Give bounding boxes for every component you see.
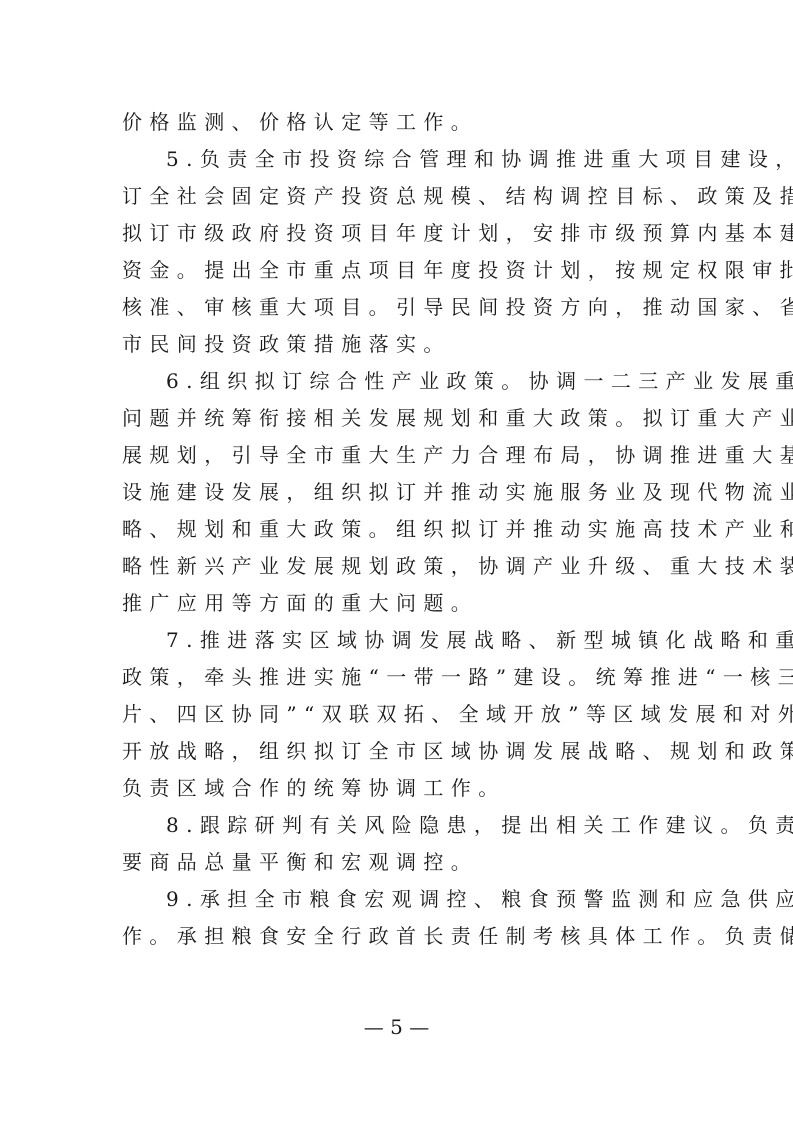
document-body: 价格监测、价格认定等工作。 5.负责全市投资综合管理和协调推进重大项目建设，拟 … [122, 104, 674, 955]
text-line: 拟订市级政府投资项目年度计划，安排市级预算内基本建设 [122, 215, 674, 252]
text-line: 订全社会固定资产投资总规模、结构调控目标、政策及措施， [122, 178, 674, 215]
text-line-item-8-start: 8.跟踪研判有关风险隐患，提出相关工作建议。负责重 [122, 807, 674, 844]
text-line: 政策，牵头推进实施“一带一路”建设。统筹推进“一核三 [122, 659, 674, 696]
text-line-item-6-start: 6.组织拟订综合性产业政策。协调一二三产业发展重大 [122, 363, 674, 400]
text-line: 要商品总量平衡和宏观调控。 [122, 844, 674, 881]
page-number: — 5 — [0, 1015, 793, 1039]
text-line-item-7-start: 7.推进落实区域协调发展战略、新型城镇化战略和重大 [122, 622, 674, 659]
text-line: 负责区域合作的统筹协调工作。 [122, 770, 674, 807]
text-line-item-9-start: 9.承担全市粮食宏观调控、粮食预警监测和应急供应工 [122, 881, 674, 918]
text-line: 推广应用等方面的重大问题。 [122, 585, 674, 622]
text-line: 开放战略，组织拟订全市区域协调发展战略、规划和政策， [122, 733, 674, 770]
text-line: 问题并统筹衔接相关发展规划和重大政策。拟订重大产业发 [122, 400, 674, 437]
text-line: 市民间投资政策措施落实。 [122, 326, 674, 363]
text-line: 作。承担粮食安全行政首长责任制考核具体工作。负责储备 [122, 918, 674, 955]
text-line: 价格监测、价格认定等工作。 [122, 104, 674, 141]
text-line: 核准、审核重大项目。引导民间投资方向，推动国家、省和 [122, 289, 674, 326]
text-line: 资金。提出全市重点项目年度投资计划，按规定权限审批、 [122, 252, 674, 289]
text-line: 展规划，引导全市重大生产力合理布局，协调推进重大基础 [122, 437, 674, 474]
text-line: 片、四区协同”“双联双拓、全域开放”等区域发展和对外 [122, 696, 674, 733]
text-line: 设施建设发展，组织拟订并推动实施服务业及现代物流业战 [122, 474, 674, 511]
text-line: 略性新兴产业发展规划政策，协调产业升级、重大技术装备 [122, 548, 674, 585]
text-line: 略、规划和重大政策。组织拟订并推动实施高技术产业和战 [122, 511, 674, 548]
text-line-item-5-start: 5.负责全市投资综合管理和协调推进重大项目建设，拟 [122, 141, 674, 178]
